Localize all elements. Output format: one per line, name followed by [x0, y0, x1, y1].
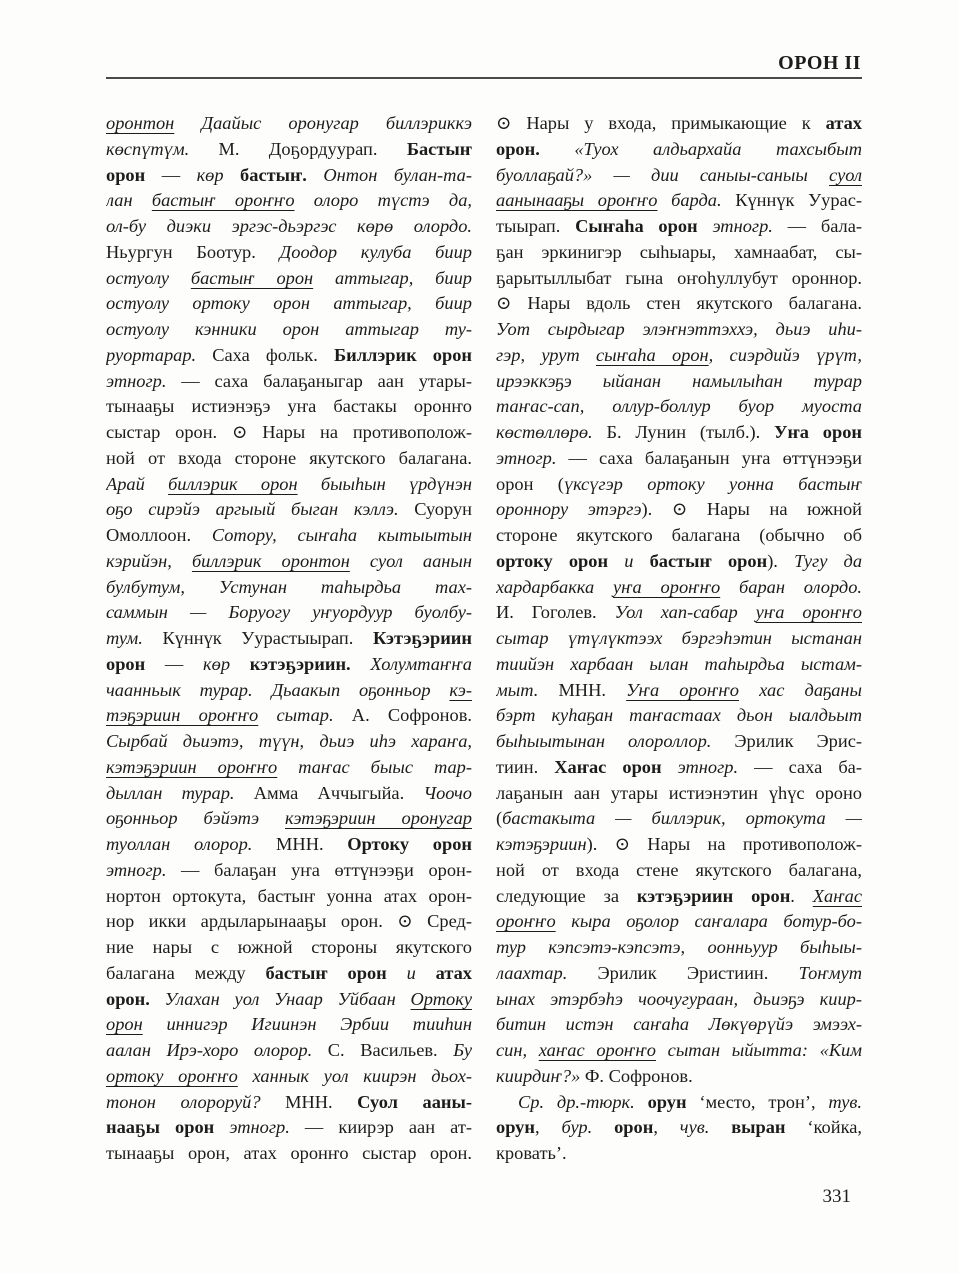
text-run: руортарар. [106, 345, 196, 365]
text-run: кэтэҕэриин ороҥҥо [106, 757, 277, 777]
text-run: кэтэҕэриин [496, 834, 587, 854]
text-run: Ортоку [411, 989, 472, 1009]
text-run: ҕан эркинигэр сыһыары, хамнаабат, сы- [496, 242, 862, 262]
text-line: лан бастыҥ ороҥҥо олоро түстэ да, [106, 188, 472, 214]
text-run: сыстар орон. ⊙ Нары на противополож- [106, 422, 472, 442]
left-column: оронтон Даайыс оронугар биллэриккэкөспүт… [106, 111, 472, 1167]
text-run: Чоочо [423, 783, 472, 803]
text-line: ортоку орон и бастыҥ орон). Тугу да [496, 549, 862, 575]
text-run: и [387, 963, 436, 983]
text-run: туоллан олорор. [106, 834, 252, 854]
text-line: битин истэн саҥаһа Лөкүөрүйэ эмээх- [496, 1012, 862, 1038]
text-run: Уот сырдыгар элэҥнэттэххэ, дьиэ иһи- [496, 319, 862, 339]
text-run: «Туох алдьархайа тахсыбыт [574, 139, 862, 159]
text-run: ҕарытыллыбат гына оҥоһуллубут ороннор. [496, 268, 862, 288]
text-line: нааҕы орон этногр. — киирэр аан ат- [106, 1115, 472, 1141]
text-run [698, 216, 713, 236]
text-run: этногр. [678, 757, 738, 777]
text-line: ⊙ Нары вдоль стен якутского балагана. [496, 291, 862, 317]
text-run: ханнык уол киирэн дьох- [238, 1066, 472, 1086]
text-run: Ф. Софронов. [580, 1066, 692, 1086]
text-line: ҕарытыллыбат гына оҥоһуллубут ороннор. [496, 266, 862, 292]
text-run [540, 139, 575, 159]
text-run: бастыҥ ороҥҥо [152, 190, 295, 210]
text-run: суол [829, 165, 862, 185]
text-line: тиин. Хаҥас орон этногр. — саха ба- [496, 755, 862, 781]
text-run: тум. [106, 628, 143, 648]
text-run: Б. Лунин (тылб.). [593, 422, 774, 442]
text-run: ной от входа стороне якутского балагана. [106, 448, 472, 468]
text-run: атах [436, 963, 472, 983]
text-run: нор икки ардыларынааҕы орон. ⊙ Сред- [106, 911, 472, 931]
text-line: буоллаҕай?» — дии саныы-саныы суол [496, 163, 862, 189]
text-run: Онтон булан-та- [323, 165, 472, 185]
text-run: тынааҕы орон, атах оронҥо сыстар орон. [106, 1143, 472, 1163]
text-run: биллэрик орон [168, 474, 298, 494]
text-run: биллэрик оронтон [192, 551, 350, 571]
text-line: кэтэҕэриин). ⊙ Нары на противополож- [496, 832, 862, 858]
text-line: тиийэн харбаан ылан таһырдьа ыстам- [496, 652, 862, 678]
page-number: 331 [823, 1186, 852, 1208]
text-line: ҕан эркинигэр сыһыары, хамнаабат, сы- [496, 240, 862, 266]
text-run: , [535, 1117, 561, 1137]
text-run: Саха фольк. [196, 345, 334, 365]
text-line: орон — көр кэтэҕэриин. Холумтаҥҥа [106, 652, 472, 678]
text-line: оҕо сирэйэ аргыый быган кэллэ. Суорун [106, 497, 472, 523]
text-run: кэтэҕэриин оронугар [285, 808, 472, 828]
text-run: Эрилик Эрис- [711, 731, 862, 751]
text-run: кыра оҕолор саҥалара ботур-бо- [556, 911, 862, 931]
text-run: бэрт куһаҕан таҥастаах дьон ыалдьыт [496, 705, 862, 725]
text-run: тув. [828, 1092, 862, 1112]
running-head: ОРОН II [778, 52, 861, 75]
text-line: сытар үтүлүктээх бэргэһэтин ыстанан [496, 626, 862, 652]
text-line: орон — көр бастыҥ. Онтон булан-та- [106, 163, 472, 189]
text-line: остуолу бастыҥ орон аттыгар, биир [106, 266, 472, 292]
text-run: хардарбакка [496, 577, 613, 597]
text-run: мыт. [496, 680, 538, 700]
text-line: остуолу кэнники орон аттыгар ту- [106, 317, 472, 343]
text-line: остуолу ортоку орон аттыгар, биир [106, 291, 472, 317]
text-run: Бу [453, 1040, 472, 1060]
text-run: ол-бу диэки эргэс-дьэргэс көрө олордо. [106, 216, 472, 236]
text-run: орун [648, 1092, 687, 1112]
text-run: көспүтүм. [106, 139, 189, 159]
text-run: — [145, 165, 196, 185]
text-run: Хаҥас [813, 886, 862, 906]
text-run: Бастыҥ [407, 139, 472, 159]
text-run: таҥас-сап, оллур-боллур буор муоста [496, 396, 862, 416]
text-run: битин истэн саҥаһа Лөкүөрүйэ эмээх- [496, 1014, 862, 1034]
text-line: Уот сырдыгар элэҥнэттэххэ, дьиэ иһи- [496, 317, 862, 343]
text-line: (бастакыта — биллэрик, ортокута — [496, 806, 862, 832]
text-line: балагана между бастыҥ орон и атах [106, 961, 472, 987]
text-run: гэр, урут [496, 345, 596, 365]
text-run: этногр. [229, 1117, 289, 1137]
text-run: этногр. [496, 448, 556, 468]
text-run: Биллэрик орон [334, 345, 472, 365]
text-line: этногр. — балаҕан уҥа өттүнээҕи орон- [106, 858, 472, 884]
text-run: . [790, 886, 812, 906]
text-run: иннигэр Игиинэн Эрбии тииһин [143, 1014, 472, 1034]
text-run: тонон олороруй? [106, 1092, 261, 1112]
text-run [230, 654, 250, 674]
text-line: орун, бур. орон, чув. выран ‘койка, [496, 1115, 862, 1141]
text-run: тиин. [496, 757, 554, 777]
text-run [224, 165, 240, 185]
text-line: нортон ортокута, бастыҥ уонна атах орон- [106, 884, 472, 910]
text-run: Арай [106, 474, 168, 494]
text-run: Сырбай дьиэтэ, түүн, дьиэ иһэ хараҥа, [106, 731, 472, 751]
text-run: Амма Аччыгыйа. [235, 783, 424, 803]
text-run: ной от входа стене якутского балагана, [496, 860, 862, 880]
text-run: ‘место, трон’, [687, 1092, 829, 1112]
text-run: быыһын үрдүнэн [298, 474, 472, 494]
text-line: И. Гоголев. Уол хап-сабар уҥа ороҥҥо [496, 600, 862, 626]
text-run: Күннүк Уурастыырап. [143, 628, 373, 648]
text-run: орон [106, 654, 145, 674]
text-run: оҕонньор бэйэтэ [106, 808, 285, 828]
text-run: Тоҥмут [799, 963, 862, 983]
text-run: — бала- [773, 216, 862, 236]
text-run: ортоку ороҥҥо [106, 1066, 238, 1086]
text-run: олоро түстэ да, [295, 190, 472, 210]
text-run: бур. [561, 1117, 592, 1137]
text-run: булбутум, Устунан таһырдьа тах- [106, 577, 472, 597]
text-run: уҥа ороҥҥо [613, 577, 720, 597]
text-line: дыллан турар. Амма Аччыгыйа. Чоочо [106, 781, 472, 807]
text-run: оронтон [106, 113, 174, 133]
text-run: , [653, 1117, 679, 1137]
text-line: кровать’. [496, 1141, 862, 1167]
text-line: лаахтар. Эрилик Эристиин. Тоҥмут [496, 961, 862, 987]
text-run: киирдиҥ?» [496, 1066, 580, 1086]
text-run: А. Софронов. [334, 705, 472, 725]
text-line: чаанньык турар. Дьаакып оҕонньор кэ- [106, 678, 472, 704]
text-run: остуолу ортоку орон аттыгар, биир [106, 293, 472, 313]
text-run: выран [731, 1117, 785, 1137]
text-run: Кэтэҕэриин [373, 628, 472, 648]
text-run: ). ⊙ Нары на противополож- [587, 834, 862, 854]
text-run: көстөллөрө. [496, 422, 593, 442]
text-run: хаҥас ороҥҥо [539, 1040, 656, 1060]
text-run: бастыҥ. [240, 165, 307, 185]
text-line: ной от входа стене якутского балагана, [496, 858, 862, 884]
text-run: Уҥа ороҥҥо [626, 680, 739, 700]
text-line: көстөллөрө. Б. Лунин (тылб.). Уҥа орон [496, 420, 862, 446]
text-run [214, 1117, 229, 1137]
text-line: ной от входа стороне якутского балагана. [106, 446, 472, 472]
text-line: ⊙ Нары у входа, примыкающие к атах [496, 111, 862, 137]
text-run: тэҕэриин ороҥҥо [106, 705, 258, 725]
text-run: Сыҥаһа орон [575, 216, 698, 236]
text-run: Тугу да [794, 551, 862, 571]
text-run: этногр. [106, 860, 166, 880]
text-run: и [608, 551, 650, 571]
text-run: суол аанын [350, 551, 472, 571]
text-line: орон. Улахан уол Унаар Уйбаан Ортоку [106, 987, 472, 1013]
text-run: Ньургун Боотур. [106, 242, 280, 262]
text-run: — киирэр аан ат- [290, 1117, 472, 1137]
text-run: орон. [496, 139, 540, 159]
text-run: МНН. [252, 834, 347, 854]
text-run: тыырап. [496, 216, 575, 236]
text-run: бастакыта — биллэрик, ортокута — [502, 808, 862, 828]
text-line: мыт. МНН. Уҥа ороҥҥо хас даҕаны [496, 678, 862, 704]
text-line: стороне якутского балагана (обычно об [496, 523, 862, 549]
text-line: руортарар. Саха фольк. Биллэрик орон [106, 343, 472, 369]
text-run: этногр. [106, 371, 166, 391]
text-line: тонон олороруй? МНН. Суол ааны- [106, 1090, 472, 1116]
text-run: баран олордо. [720, 577, 862, 597]
text-run: — саха балаҕанын уҥа өттүнээҕи [556, 448, 862, 468]
text-line: тынааҕы истиэнэҕэ уҥа бастакы оронҥо [106, 394, 472, 420]
text-run: саммын — Боруогу уҥуордуур буолбу- [106, 602, 472, 622]
text-run: орун [496, 1117, 535, 1137]
text-run: Эрилик Эристиин. [567, 963, 798, 983]
text-columns: оронтон Даайыс оронугар биллэриккэкөспүт… [106, 111, 862, 1167]
text-line: следующие за кэтэҕэриин орон. Хаҥас [496, 884, 862, 910]
text-line: орон. «Туох алдьархайа тахсыбыт [496, 137, 862, 163]
text-run: аттыгар, биир [313, 268, 472, 288]
text-run: Улахан уол Унаар Уйбаан [165, 989, 411, 1009]
text-run: ). [767, 551, 794, 571]
text-run: бастыҥ орон [265, 963, 386, 983]
text-line: хардарбакка уҥа ороҥҥо баран олордо. [496, 575, 862, 601]
right-column: ⊙ Нары у входа, примыкающие к атахорон. … [496, 111, 862, 1167]
text-line: Арай биллэрик орон быыһын үрдүнэн [106, 472, 472, 498]
text-run: орон [106, 165, 145, 185]
text-line: аанынааҕы ороҥҥо барда. Күннүк Уурас- [496, 188, 862, 214]
text-run [307, 165, 323, 185]
text-run [351, 654, 371, 674]
text-run: нааҕы орон [106, 1117, 214, 1137]
text-run: тур кэпсэтэ-кэпсэтэ, оонньуур быһыы- [496, 937, 862, 957]
text-run: Доодор кулуба биир [280, 242, 472, 262]
text-line: туоллан олорор. МНН. Ортоку орон [106, 832, 472, 858]
text-run: чув. [680, 1117, 710, 1137]
text-line: этногр. — саха балаҕаныгар аан утары- [106, 369, 472, 395]
text-run: сыҥаһа орон [596, 345, 709, 365]
text-run: бастыҥ орон [191, 268, 313, 288]
text-run: ороннору этэргэ [496, 499, 642, 519]
text-line: быһыытынан олороллор. Эрилик Эрис- [496, 729, 862, 755]
text-line: киирдиҥ?» Ф. Софронов. [496, 1064, 862, 1090]
text-run: син, [496, 1040, 539, 1060]
text-run: — [145, 654, 203, 674]
text-line: оҕонньор бэйэтэ кэтэҕэриин оронугар [106, 806, 472, 832]
text-line: ороннору этэргэ). ⊙ Нары на южной [496, 497, 862, 523]
text-run: лан [106, 190, 152, 210]
text-run: ирээккэҕэ ыйанан намылыһан турар [496, 371, 862, 391]
text-line: сыстар орон. ⊙ Нары на противополож- [106, 420, 472, 446]
text-line: Ср. др.-тюрк. орун ‘место, трон’, тув. [496, 1090, 862, 1116]
text-run: орон ( [496, 474, 564, 494]
text-line: ынах этэрбэһэ чоочугураан, дьиэҕэ киир- [496, 987, 862, 1013]
text-line: Сырбай дьиэтэ, түүн, дьиэ иһэ хараҥа, [106, 729, 472, 755]
text-run: Хаҥас орон [554, 757, 661, 777]
text-run: бастыҥ орон [650, 551, 768, 571]
text-run: оҕо сирэйэ аргыый быган кэллэ. [106, 499, 399, 519]
text-run: И. Гоголев. [496, 602, 615, 622]
text-run [709, 1117, 731, 1137]
text-line: ортоку ороҥҥо ханнык уол киирэн дьох- [106, 1064, 472, 1090]
text-line: ол-бу диэки эргэс-дьэргэс көрө олордо. [106, 214, 472, 240]
text-run [592, 1117, 614, 1137]
text-line: аалан Ирэ-хоро олорор. С. Васильев. Бу [106, 1038, 472, 1064]
text-line: лаҕанын аан утары истиэнэтин үһүс ороно [496, 781, 862, 807]
text-line: көспүтүм. М. Доҕордуурап. Бастыҥ [106, 137, 472, 163]
text-run: нортон ортокута, бастыҥ уонна атах орон- [106, 886, 472, 906]
text-line: ороҥҥо кыра оҕолор саҥалара ботур-бо- [496, 909, 862, 935]
text-run: остуолу кэнники орон аттыгар ту- [106, 319, 472, 339]
text-run: үксүгэр ортоку уонна бастыҥ [564, 474, 862, 494]
text-run: Күннүк Уурас- [722, 190, 862, 210]
text-line: Омоллоон. Сотору, сыҥаһа кытыытын [106, 523, 472, 549]
text-line: тур кэпсэтэ-кэпсэтэ, оонньуур быһыы- [496, 935, 862, 961]
text-line: ние нары с южной стороны якутского [106, 935, 472, 961]
text-line: орон (үксүгэр ортоку уонна бастыҥ [496, 472, 862, 498]
text-run: аанынааҕы ороҥҥо [496, 190, 657, 210]
text-run [635, 1092, 648, 1112]
text-run: — балаҕан уҥа өттүнээҕи орон- [166, 860, 472, 880]
text-line: орон иннигэр Игиинэн Эрбии тииһин [106, 1012, 472, 1038]
text-line: нор икки ардыларынааҕы орон. ⊙ Сред- [106, 909, 472, 935]
text-run: этногр. [712, 216, 772, 236]
text-run: сытар үтүлүктээх бэргэһэтин ыстанан [496, 628, 862, 648]
text-line: ирээккэҕэ ыйанан намылыһан турар [496, 369, 862, 395]
text-run: барда. [657, 190, 721, 210]
text-run: сытан ыйытта: «Ким [656, 1040, 862, 1060]
text-run: Омоллоон. [106, 525, 212, 545]
text-run: ⊙ Нары у входа, примыкающие к [496, 113, 826, 133]
text-run: кэтэҕэриин орон [637, 886, 790, 906]
text-line: тынааҕы орон, атах оронҥо сыстар орон. [106, 1141, 472, 1167]
text-run: остуолу [106, 268, 191, 288]
text-run: кровать’. [496, 1143, 567, 1163]
text-run: следующие за [496, 886, 637, 906]
text-line: бэрт куһаҕан таҥастаах дьон ыалдьыт [496, 703, 862, 729]
text-run: М. Доҕордуурап. [189, 139, 407, 159]
text-run: балагана между [106, 963, 265, 983]
text-run: хас даҕаны [739, 680, 862, 700]
text-run: ). ⊙ Нары на южной [642, 499, 862, 519]
text-run [662, 757, 678, 777]
text-run: буоллаҕай?» — дии саныы-саныы [496, 165, 829, 185]
text-run: тынааҕы истиэнэҕэ уҥа бастакы оронҥо [106, 396, 472, 416]
text-run: быһыытынан олороллор. [496, 731, 711, 751]
text-run: уҥа ороҥҥо [756, 602, 862, 622]
text-run: С. Васильев. [312, 1040, 453, 1060]
text-line: саммын — Боруогу уҥуордуур буолбу- [106, 600, 472, 626]
text-run: кэтэҕэриин. [250, 654, 351, 674]
text-run: лаахтар. [496, 963, 567, 983]
text-run: көр [203, 654, 230, 674]
text-run: Суол ааны- [357, 1092, 472, 1112]
text-run: чаанньык турар. Дьаакып оҕонньор [106, 680, 449, 700]
text-line: кэтэҕэриин ороҥҥо таҥас быыс тар- [106, 755, 472, 781]
text-run: — саха ба- [738, 757, 862, 777]
text-run: Суорун [399, 499, 472, 519]
text-line: оронтон Даайыс оронугар биллэриккэ [106, 111, 472, 137]
text-run: Ср. др.-тюрк. [518, 1092, 635, 1112]
header-rule [106, 77, 862, 79]
text-run: ортоку орон [496, 551, 608, 571]
text-line: тэҕэриин ороҥҥо сытар. А. Софронов. [106, 703, 472, 729]
text-run: аалан Ирэ-хоро олорор. [106, 1040, 312, 1060]
text-run: Холумтаҥҥа [370, 654, 472, 674]
text-run: — саха балаҕаныгар аан утары- [166, 371, 472, 391]
text-line: тум. Күннүк Уурастыырап. Кэтэҕэриин [106, 626, 472, 652]
text-line: Ньургун Боотур. Доодор кулуба биир [106, 240, 472, 266]
text-run: Уол хап-сабар [615, 602, 756, 622]
text-line: булбутум, Устунан таһырдьа тах- [106, 575, 472, 601]
text-run: МНН. [538, 680, 626, 700]
text-run: орон [106, 1014, 143, 1034]
text-run: Уҥа орон [774, 422, 862, 442]
text-line: гэр, урут сыҥаһа орон, сиэрдийэ үрүт, [496, 343, 862, 369]
text-line: таҥас-сап, оллур-боллур буор муоста [496, 394, 862, 420]
text-run: ‘койка, [786, 1117, 862, 1137]
text-run: ороҥҥо [496, 911, 556, 931]
text-run: ⊙ Нары вдоль стен якутского балагана. [496, 293, 862, 313]
text-run: ынах этэрбэһэ чоочугураан, дьиэҕэ киир- [496, 989, 862, 1009]
text-run: , сиэрдийэ үрүт, [709, 345, 862, 365]
text-run [150, 989, 165, 1009]
text-line: син, хаҥас ороҥҥо сытан ыйытта: «Ким [496, 1038, 862, 1064]
text-run: орон. [106, 989, 150, 1009]
text-run: Даайыс оронугар биллэриккэ [174, 113, 472, 133]
text-run: лаҕанын аан утары истиэнэтин үһүс ороно [496, 783, 862, 803]
text-line: кэрийэн, биллэрик оронтон суол аанын [106, 549, 472, 575]
text-run: кэ- [449, 680, 472, 700]
text-run: атах [826, 113, 862, 133]
text-run: таҥас быыс тар- [277, 757, 472, 777]
text-run: Ортоку орон [347, 834, 472, 854]
dictionary-page: ОРОН II оронтон Даайыс оронугар биллэрик… [0, 0, 959, 1274]
text-run: ние нары с южной стороны якутского [106, 937, 472, 957]
text-run: орон [614, 1117, 653, 1137]
text-line: этногр. — саха балаҕанын уҥа өттүнээҕи [496, 446, 862, 472]
text-run: кэрийэн, [106, 551, 192, 571]
text-line: тыырап. Сыҥаһа орон этногр. — бала- [496, 214, 862, 240]
text-run: көр [197, 165, 224, 185]
text-run: МНН. [261, 1092, 358, 1112]
text-run: стороне якутского балагана (обычно об [496, 525, 862, 545]
text-run: сытар. [258, 705, 333, 725]
text-run: тиийэн харбаан ылан таһырдьа ыстам- [496, 654, 862, 674]
text-run: Сотору, сыҥаһа кытыытын [212, 525, 472, 545]
text-run: дыллан турар. [106, 783, 235, 803]
